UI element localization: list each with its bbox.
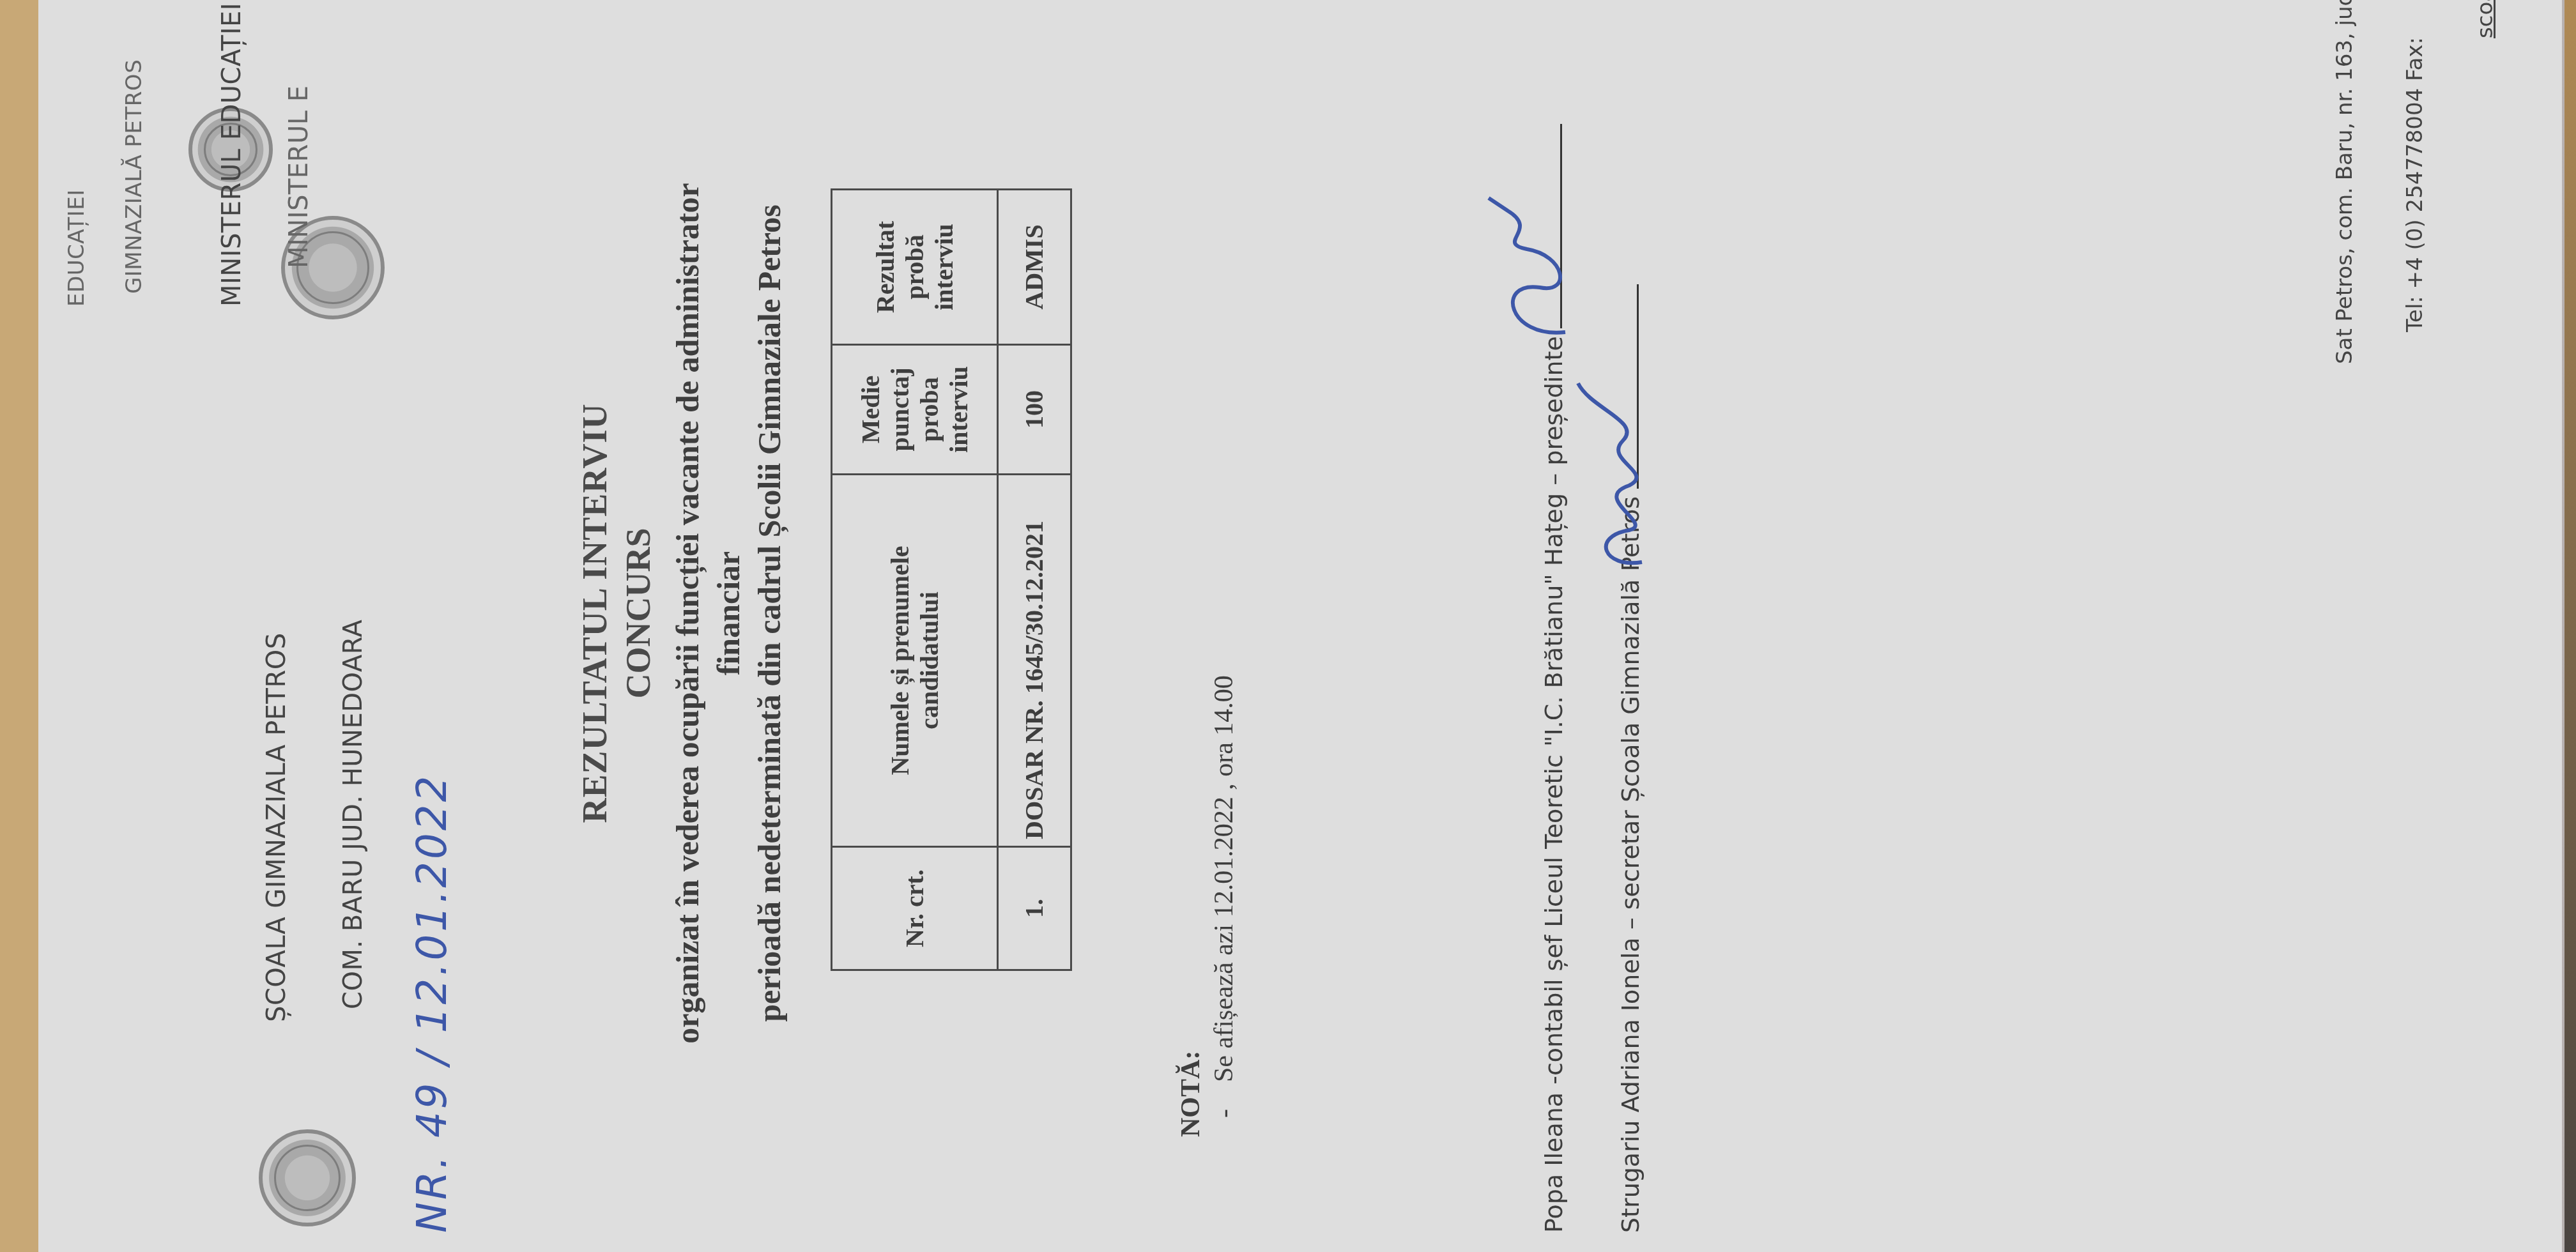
note-text: Se afișează azi 12.01.2022 , ora 14.00	[1209, 675, 1239, 1082]
note-section: NOTĂ: - Se afișează azi 12.01.2022 , ora…	[1176, 675, 1239, 1137]
paper-edge-shadow	[2564, 0, 2576, 1252]
footer-address: Sat Petros, com. Baru, nr. 163, jud	[2332, 0, 2357, 364]
school-address: COM. BARU JUD. HUNEDOARA	[339, 620, 368, 1009]
results-table: Nr. crt. Numele și prenumele candidatulu…	[831, 188, 1072, 971]
signature-secretary-icon	[1565, 370, 1667, 575]
footer-email-link[interactable]: scoa	[2472, 0, 2498, 38]
note-label: NOTĂ:	[1176, 675, 1206, 1137]
page-subtitle: organizat în vederea ocupării funcției v…	[667, 166, 790, 1060]
school-name: ȘCOALA GIMNAZIALA PETROS	[262, 632, 291, 1022]
column-header-result: Rezultat probă interviu	[832, 190, 998, 345]
column-header-nr: Nr. crt.	[832, 847, 998, 970]
school-seal-icon	[259, 1129, 356, 1226]
signature-president-icon	[1469, 192, 1597, 358]
column-header-candidate: Numele și prenumele candidatului	[832, 475, 998, 847]
table-row: 1. DOSAR NR. 1645/30.12.2021 100 ADMIS	[998, 190, 1071, 970]
ministry-name-secondary: MINISTERUL E	[284, 86, 314, 268]
signatory-secretary-text: Strugariu Adriana Ionela – secretar Școa…	[1616, 496, 1644, 1233]
page-title-concurs: CONCURS	[618, 166, 658, 1060]
footer-phone: Tel: +4 (0) 254778004 Fax:	[2402, 37, 2428, 332]
table-header-row: Nr. crt. Numele și prenumele candidatulu…	[832, 190, 998, 970]
registration-number: NR. 49 / 12.01.2022	[409, 774, 456, 1233]
note-bullet: -	[1209, 1109, 1239, 1118]
document-page: EDUCAȚIEI GIMNAZIALĂ PETROS MINISTERUL E…	[45, 0, 2536, 1252]
cell-result: ADMIS	[998, 190, 1071, 345]
title-block: REZULTATUL INTERVIU CONCURS organizat în…	[575, 166, 790, 1060]
back-sheet-school-text: GIMNAZIALĂ PETROS	[121, 59, 147, 294]
cell-candidate: DOSAR NR. 1645/30.12.2021	[998, 475, 1071, 847]
page-title: REZULTATUL INTERVIU	[575, 166, 615, 1060]
note-line: - Se afișează azi 12.01.2022 , ora 14.00	[1209, 675, 1239, 1118]
back-sheet-ministry-text: EDUCAȚIEI	[64, 189, 89, 307]
signatory-president-text: Popa Ileana -contabil șef Liceul Teoreti…	[1540, 336, 1568, 1233]
ministry-name: MINISTERUL EDUCAȚIEI	[217, 3, 247, 307]
subtitle-line-2: perioadă nedeterminată din cadrul Școlii…	[749, 166, 790, 1060]
cell-nr: 1.	[998, 847, 1071, 970]
subtitle-line-1: organizat în vederea ocupării funcției v…	[667, 166, 749, 1060]
column-header-score: Medie punctaj proba interviu	[832, 345, 998, 475]
cell-score: 100	[998, 345, 1071, 475]
